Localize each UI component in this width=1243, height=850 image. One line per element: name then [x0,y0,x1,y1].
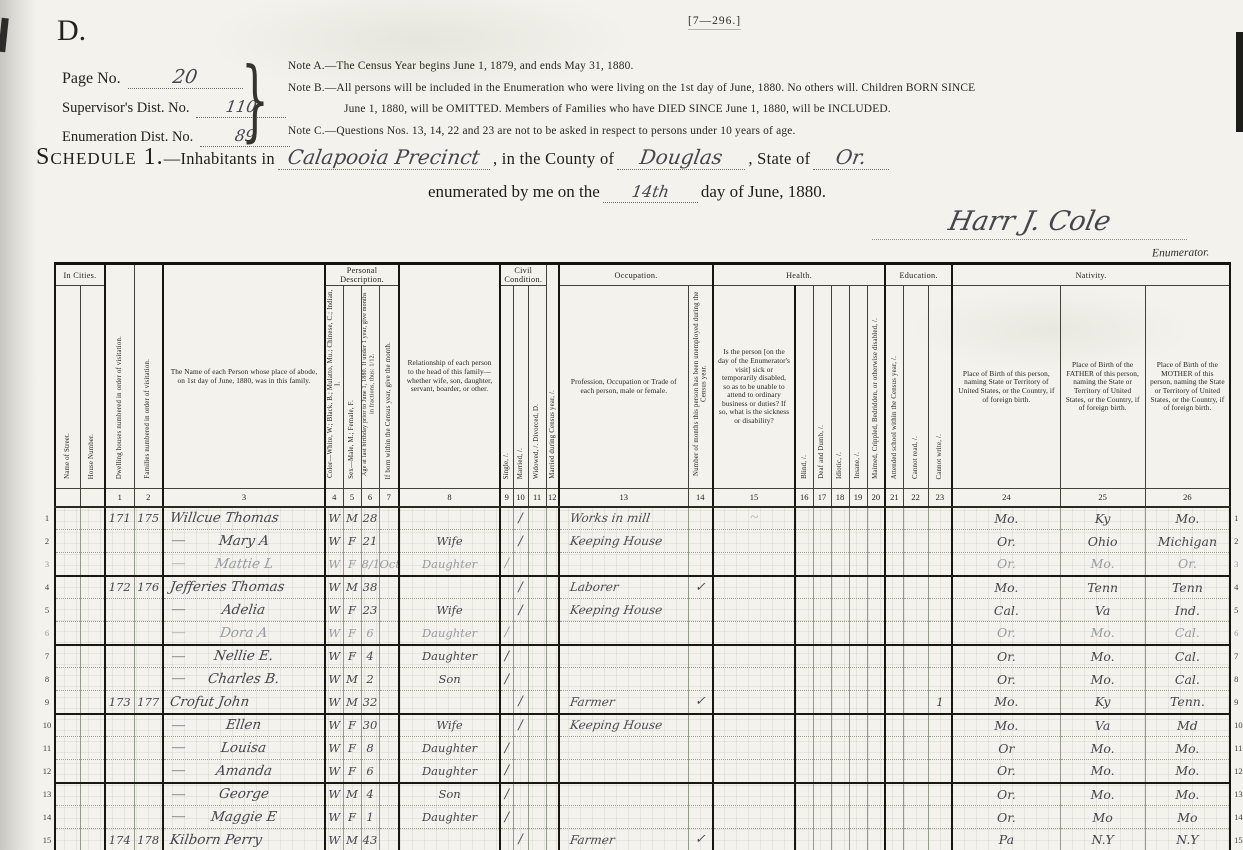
cell-blind [795,668,813,691]
enum-line-tail: day of June, 1880. [701,182,826,202]
row-number-right: 8 [1230,668,1243,691]
cell-street-name [55,599,80,622]
cell-months-unemployed: ✓ [688,829,713,850]
cell-age: 4 [361,783,379,806]
cell-house-number [80,783,105,806]
row-number-right: 12 [1230,760,1243,783]
row-number-left: 2 [40,530,55,553]
cell-father-birthplace: N.Y [1060,829,1145,850]
table-row: 1171175Willcue ThomasWM28/Works in mill~… [40,507,1243,530]
cell-sickness [713,622,795,645]
table-row: 15174178Kilborn PerryWM43/Farmer✓PaN.YN.… [40,829,1243,850]
cell-mother-birthplace: Or. [1145,553,1230,576]
person-name-text: Willcue Thomas [169,510,280,526]
cell-birth-month [379,645,399,668]
group-health: Health. [713,264,885,286]
row-number-left: 6 [40,622,55,645]
cell-widowed [528,599,546,622]
cell-blind [795,599,813,622]
column-number: 18 [831,489,849,507]
col-header-attended-school: Attended school within the Census year, … [885,286,903,489]
ditto-dash: — [172,786,185,802]
person-name-text: Ellen [225,717,262,733]
table-row: 6—Dora AWF6Daughter/Or.Mo.Cal.6 [40,622,1243,645]
cell-mother-birthplace: N.Y [1145,829,1230,850]
cell-sickness [713,806,795,829]
col-header-married-in-year: Married during Census year, /. [546,264,559,489]
cell-age: 38 [361,576,379,599]
cell-maimed [867,691,885,714]
cell-sickness [713,645,795,668]
ditto-dash: — [172,808,185,824]
cell-dwelling-number [105,806,134,829]
cell-mother-birthplace: Mo. [1145,760,1230,783]
cell-person-name: —Amanda [163,760,325,783]
cell-deaf-dumb [813,783,831,806]
cell-relationship: Daughter [399,622,500,645]
cell-months-unemployed [688,507,713,530]
column-number: 20 [867,489,885,507]
cell-birthplace: Or. [952,530,1060,553]
cell-attended-school [885,783,903,806]
cell-birthplace: Or. [952,760,1060,783]
cell-cannot-read [903,714,928,737]
cell-insane [849,622,867,645]
cell-sex: F [343,530,361,553]
cell-sickness [713,783,795,806]
column-number: 3 [163,489,325,507]
group-civil-condition: Civil Condition. [500,264,546,286]
cell-months-unemployed [688,622,713,645]
person-name-text: Amanda [215,763,273,779]
column-number: 19 [849,489,867,507]
cell-single [500,507,513,530]
cell-widowed [528,576,546,599]
cell-family-number: 178 [134,829,163,850]
cell-color: W [325,691,343,714]
cell-relationship: Wife [399,714,500,737]
cell-person-name: Jefferies Thomas [163,576,325,599]
cell-idiotic [831,714,849,737]
column-number: 22 [903,489,928,507]
cell-attended-school [885,645,903,668]
cell-sickness [713,829,795,850]
cell-insane [849,599,867,622]
cell-relationship [399,507,500,530]
col-header-street-name: Name of Street. [55,286,80,489]
district-brace: } [241,60,269,140]
cell-age: 2 [361,668,379,691]
cell-color: W [325,622,343,645]
col-header-cannot-read: Cannot read, /. [903,286,928,489]
note-a: Note A.—The Census Year begins June 1, 1… [288,56,1238,78]
cell-birth-month [379,760,399,783]
cell-cannot-write [928,530,952,553]
cell-dwelling-number: 171 [105,507,134,530]
cell-color: W [325,599,343,622]
cell-married-in-year [546,668,559,691]
cell-married-in-year [546,530,559,553]
row-number-left: 14 [40,806,55,829]
cell-blind [795,691,813,714]
cell-family-number [134,806,163,829]
note-b-line2: June 1, 1880, will be OMITTED. Members o… [288,99,1238,121]
cell-house-number [80,691,105,714]
cell-idiotic [831,806,849,829]
cell-color: W [325,553,343,576]
ditto-dash: — [172,555,185,571]
cell-deaf-dumb [813,553,831,576]
table-row: 4172176Jefferies ThomasWM38/Laborer✓Mo.T… [40,576,1243,599]
cell-single: / [500,645,513,668]
cell-street-name [55,783,80,806]
cell-family-number [134,530,163,553]
cell-sickness [713,737,795,760]
cell-house-number [80,668,105,691]
cell-street-name [55,507,80,530]
cell-widowed [528,714,546,737]
cell-house-number [80,645,105,668]
cell-attended-school [885,806,903,829]
row-number-left: 9 [40,691,55,714]
cell-occupation [559,645,688,668]
cell-relationship: Wife [399,530,500,553]
cell-idiotic [831,645,849,668]
cell-cannot-read [903,806,928,829]
row-number-right: 2 [1230,530,1243,553]
cell-person-name: —Mary A [163,530,325,553]
schedule-lead: —Inhabitants in [164,149,275,169]
cell-married: / [513,714,528,737]
cell-sex: F [343,760,361,783]
cell-cannot-read [903,622,928,645]
cell-family-number [134,645,163,668]
column-number: 17 [813,489,831,507]
cell-cannot-read [903,530,928,553]
cell-dwelling-number [105,553,134,576]
cell-dwelling-number: 172 [105,576,134,599]
column-number: 13 [559,489,688,507]
row-number-left: 8 [40,668,55,691]
cell-blind [795,737,813,760]
cell-maimed [867,576,885,599]
cell-widowed [528,668,546,691]
cell-person-name: Kilborn Perry [163,829,325,850]
cell-birth-month [379,714,399,737]
cell-dwelling-number [105,783,134,806]
cell-married-in-year [546,806,559,829]
cell-family-number: 177 [134,691,163,714]
cell-insane [849,507,867,530]
ditto-dash: — [172,601,185,617]
cell-family-number [134,714,163,737]
cell-single: / [500,622,513,645]
cell-occupation: Keeping House [559,599,688,622]
row-number-left: 15 [40,829,55,850]
cell-months-unemployed [688,737,713,760]
table-row: 2—Mary AWF21Wife/Keeping HouseOr.OhioMic… [40,530,1243,553]
cell-cannot-write [928,645,952,668]
row-number-left: 7 [40,645,55,668]
gutter-left-header [40,264,55,507]
cell-cannot-read [903,599,928,622]
cell-cannot-write [928,622,952,645]
cell-father-birthplace: Mo. [1060,760,1145,783]
cell-widowed [528,553,546,576]
cell-deaf-dumb [813,576,831,599]
col-header-color: Color—White, W.; Black, B.; Mulatto, Mu.… [325,286,343,489]
cell-deaf-dumb [813,622,831,645]
cell-street-name [55,760,80,783]
column-number-row: 1234567891011121314151617181920212223242… [40,489,1243,507]
cell-color: W [325,645,343,668]
cell-relationship: Daughter [399,806,500,829]
cell-sickness [713,530,795,553]
cell-married-in-year [546,691,559,714]
cell-street-name [55,576,80,599]
supervisor-label: Supervisor's Dist. No. [62,100,189,116]
cell-months-unemployed [688,783,713,806]
table-row: 13—GeorgeWM4Son/Or.Mo.Mo.13 [40,783,1243,806]
cell-attended-school [885,553,903,576]
cell-color: W [325,507,343,530]
cell-insane [849,645,867,668]
table-row: 10—EllenWF30Wife/Keeping HouseMo.VaMd10 [40,714,1243,737]
cell-married [513,668,528,691]
column-number: 4 [325,489,343,507]
cell-married-in-year [546,553,559,576]
cell-dwelling-number [105,622,134,645]
cell-married-in-year [546,829,559,850]
cell-relationship: Daughter [399,760,500,783]
cell-birth-month [379,783,399,806]
cell-married-in-year [546,760,559,783]
cell-cannot-write [928,668,952,691]
cell-insane [849,806,867,829]
cell-dwelling-number [105,760,134,783]
cell-widowed [528,530,546,553]
census-page: D. [7—296.] Page No. 20 Supervisor's Dis… [0,0,1243,850]
page-no-blank: 20 [128,66,243,89]
cell-father-birthplace: Ohio [1060,530,1145,553]
cell-deaf-dumb [813,668,831,691]
cell-family-number [134,783,163,806]
cell-maimed [867,737,885,760]
cell-dwelling-number: 174 [105,829,134,850]
ditto-dash: — [172,532,185,548]
cell-widowed [528,783,546,806]
cell-mother-birthplace: Mo [1145,806,1230,829]
cell-attended-school [885,576,903,599]
cell-deaf-dumb [813,806,831,829]
county-blank: Douglas [617,145,745,170]
cell-street-name [55,714,80,737]
cell-idiotic [831,576,849,599]
table-row: 7—Nellie E.WF4Daughter/Or.Mo.Cal.7 [40,645,1243,668]
cell-idiotic [831,622,849,645]
cell-maimed [867,829,885,850]
cell-birthplace: Mo. [952,714,1060,737]
cell-blind [795,806,813,829]
form-letter: D. [57,14,86,48]
cell-person-name: —Ellen [163,714,325,737]
cell-months-unemployed [688,806,713,829]
cell-birthplace: Or. [952,553,1060,576]
cell-married: / [513,691,528,714]
cell-dwelling-number [105,714,134,737]
cell-person-name: —Maggie E [163,806,325,829]
cell-age: 4 [361,645,379,668]
row-number-right: 14 [1230,806,1243,829]
note-c: Note C.—Questions Nos. 13, 14, 22 and 23… [288,121,1238,143]
cell-maimed [867,553,885,576]
cell-mother-birthplace: Ind. [1145,599,1230,622]
county-label: , in the County of [493,149,614,169]
census-table: In Cities. Dwelling houses numbered in o… [40,262,1243,850]
cell-sickness [713,714,795,737]
cell-birth-month [379,507,399,530]
cell-maimed [867,645,885,668]
cell-deaf-dumb [813,691,831,714]
cell-family-number [134,622,163,645]
cell-single [500,714,513,737]
person-name-text: Maggie E [210,809,278,825]
column-number: 7 [379,489,399,507]
cell-house-number [80,737,105,760]
cell-deaf-dumb [813,760,831,783]
cell-occupation [559,806,688,829]
enumeration-date-line: enumerated by me on the 14th day of June… [428,182,826,203]
cell-single [500,691,513,714]
cell-married-in-year [546,714,559,737]
table-row: 12—AmandaWF6Daughter/Or.Mo.Mo.12 [40,760,1243,783]
cell-occupation: Works in mill [559,507,688,530]
cell-months-unemployed [688,714,713,737]
cell-idiotic [831,829,849,850]
cell-married [513,622,528,645]
page-no-label: Page No. [62,70,121,87]
cell-family-number [134,668,163,691]
cell-cannot-write [928,829,952,850]
row-number-left: 4 [40,576,55,599]
cell-street-name [55,622,80,645]
cell-birth-month [379,691,399,714]
row-number-right: 10 [1230,714,1243,737]
cell-blind [795,576,813,599]
cell-father-birthplace: Mo. [1060,622,1145,645]
col-header-maimed: Maimed, Crippled, Bedridden, or otherwis… [867,286,885,489]
occupation-text: Farmer [569,833,616,847]
enum-day-blank: 14th [603,182,698,203]
cell-single: / [500,760,513,783]
cell-maimed [867,530,885,553]
cell-maimed [867,783,885,806]
group-occupation: Occupation. [559,264,713,286]
cell-cannot-read [903,553,928,576]
column-number: 9 [500,489,513,507]
column-number: 26 [1145,489,1230,507]
cell-blind [795,829,813,850]
enumeration-label: Enumeration Dist. No. [62,129,193,145]
cell-color: W [325,783,343,806]
cell-color: W [325,829,343,850]
cell-birth-month [379,737,399,760]
cell-person-name: —Mattie L [163,553,325,576]
row-number-right: 5 [1230,599,1243,622]
cell-insane [849,783,867,806]
cell-single [500,576,513,599]
cell-birth-month: Oct [379,553,399,576]
ditto-dash: — [172,670,185,686]
cell-sex: M [343,691,361,714]
cell-street-name [55,829,80,850]
table-row: 14—Maggie EWF1Daughter/Or.MoMo14 [40,806,1243,829]
col-header-father-birthplace: Place of Birth of the FATHER of this per… [1060,286,1145,489]
cell-street-name [55,668,80,691]
col-header-months-unemployed: Number of months this person has been un… [688,286,713,489]
column-number: 10 [513,489,528,507]
cell-relationship [399,829,500,850]
cell-dwelling-number [105,668,134,691]
col-header-birth-month: If born within the Census year, give the… [379,286,399,489]
cell-dwelling-number [105,530,134,553]
cell-person-name: —Adelia [163,599,325,622]
cell-attended-school [885,829,903,850]
cell-house-number [80,714,105,737]
cell-father-birthplace: Mo [1060,806,1145,829]
group-nativity: Nativity. [952,264,1230,286]
cell-occupation [559,668,688,691]
cell-attended-school [885,530,903,553]
cell-father-birthplace: Va [1060,714,1145,737]
cell-cannot-write [928,599,952,622]
cell-married: / [513,530,528,553]
group-education: Education. [885,264,952,286]
cell-birthplace: Mo. [952,507,1060,530]
cell-mother-birthplace: Tenn [1145,576,1230,599]
cell-birthplace: Cal. [952,599,1060,622]
cell-age: 30 [361,714,379,737]
row-number-left: 11 [40,737,55,760]
col-header-blind: Blind, /. [795,286,813,489]
cell-person-name: —Nellie E. [163,645,325,668]
cell-mother-birthplace: Cal. [1145,668,1230,691]
cell-deaf-dumb [813,599,831,622]
cell-occupation [559,783,688,806]
cell-sex: F [343,553,361,576]
cell-single: / [500,806,513,829]
cell-married: / [513,576,528,599]
cell-blind [795,530,813,553]
cell-insane [849,576,867,599]
cell-idiotic [831,783,849,806]
table-row: 8—Charles B.WM2Son/Or.Mo.Cal.8 [40,668,1243,691]
cell-birthplace: Mo. [952,691,1060,714]
cell-family-number: 176 [134,576,163,599]
state-value: Or. [834,145,868,169]
cell-idiotic [831,553,849,576]
cell-house-number [80,599,105,622]
row-number-left: 10 [40,714,55,737]
scan-edge-left [0,0,38,850]
ditto-dash: — [172,717,185,733]
cell-blind [795,622,813,645]
col-header-married: Married, /. [513,286,528,489]
cell-single [500,599,513,622]
occupation-text: Laborer [569,580,620,594]
cell-dwelling-number: 173 [105,691,134,714]
census-rows: 1171175Willcue ThomasWM28/Works in mill~… [40,507,1243,850]
